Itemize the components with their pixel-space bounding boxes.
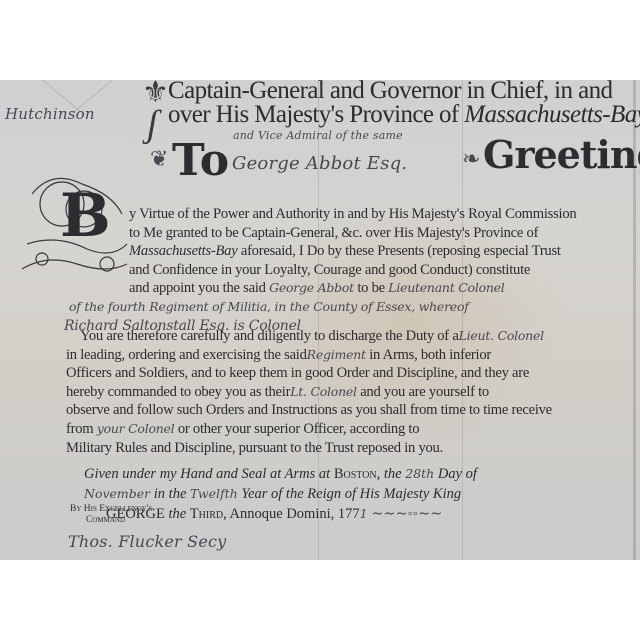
- body-text: aforesaid, I Do by these Presents (repos…: [241, 243, 561, 259]
- body-line: in leading, ordering and exercising the …: [66, 346, 552, 365]
- regnal-year-handwritten: Twelfth: [190, 486, 238, 501]
- commission-document: Hutchinson ⚜ ʃ Captain-General and Gover…: [0, 80, 640, 560]
- body-line: hereby commanded to obey you as theirLt.…: [66, 383, 552, 402]
- body-line: You are therefore carefully and diligent…: [80, 327, 552, 346]
- flourish-icon: ❧: [462, 146, 480, 172]
- body-text: and you are yourself to: [360, 384, 489, 400]
- body-line: y Virtue of the Power and Authority in a…: [129, 205, 576, 224]
- command-line-2: Command: [86, 515, 152, 526]
- regiment-handwritten: Regiment: [307, 347, 366, 362]
- year-handwritten: 1: [360, 506, 368, 521]
- body-line: from your Colonel or other your superior…: [66, 420, 552, 439]
- body-line: Officers and Soldiers, and to keep them …: [66, 364, 552, 383]
- regiment-handwritten: of the fourth Regiment of Militia, in th…: [69, 298, 576, 317]
- given-text: , the: [377, 466, 402, 482]
- secretary-signature: Thos. Flucker Secy: [68, 532, 226, 551]
- province-name: Massachusetts-Bay: [129, 243, 237, 259]
- body-text: hereby commanded to obey you as their: [66, 384, 290, 400]
- salutation-to: To: [172, 135, 229, 186]
- body-text: to be: [357, 280, 385, 296]
- superior-handwritten: your Colonel: [97, 421, 175, 436]
- ornamental-drop-cap-b-icon: B: [22, 164, 130, 284]
- body-paragraph-duties: You are therefore carefully and diligent…: [66, 327, 552, 457]
- city: Boston: [334, 466, 377, 482]
- body-text: from: [66, 421, 93, 437]
- province-name: Massachusetts-Bay: [464, 101, 640, 128]
- body-text: in leading, ordering and exercising the …: [66, 347, 307, 363]
- by-command-block: By His Excellency's Command: [70, 504, 152, 526]
- body-line: Military Rules and Discipline, pursuant …: [66, 439, 552, 458]
- body-line: and Confidence in your Loyalty, Courage …: [129, 261, 576, 280]
- flourish-icon: ∼∼∼◦◦∼∼: [368, 506, 443, 522]
- given-line-1: Given under my Hand and Seal at Arms at …: [84, 464, 477, 484]
- header-title-line-2: over His Majesty's Province of Massachus…: [168, 102, 640, 128]
- command-line-1: By His Excellency's: [70, 504, 152, 515]
- given-text: Year of the Reign of His Majesty King: [238, 486, 461, 502]
- given-line-2: November in the Twelfth Year of the Reig…: [84, 484, 477, 504]
- given-text: , Annoque Domini, 177: [223, 506, 360, 522]
- given-line-3: GEORGE the Third, Annoque Domini, 1771 ∼…: [106, 504, 477, 524]
- body-line: Massachusetts-Bay aforesaid, I Do by the…: [129, 242, 576, 261]
- given-text: Day of: [438, 466, 477, 482]
- drop-cap-letter: B: [60, 181, 111, 251]
- body-text: and appoint you the said: [129, 280, 266, 296]
- their-rank-handwritten: Lt. Colonel: [290, 384, 357, 399]
- body-line: observe and follow such Orders and Instr…: [66, 401, 552, 420]
- body-paragraph-authority: y Virtue of the Power and Authority in a…: [129, 205, 576, 335]
- body-line: to Me granted to be Captain-General, &c.…: [129, 224, 576, 243]
- appointee-handwritten: George Abbot: [269, 280, 354, 295]
- governor-margin-signature: Hutchinson: [5, 105, 95, 123]
- body-text: You are therefore carefully and diligent…: [80, 328, 459, 344]
- day-handwritten: 28th: [405, 466, 434, 481]
- rank-handwritten: Lieutenant Colonel: [388, 280, 504, 295]
- header-prefix: over His Majesty's Province of: [168, 101, 464, 128]
- vice-admiral-handwritten: and Vice Admiral of the same: [233, 129, 403, 142]
- body-text: in Arms, both inferior: [369, 347, 491, 363]
- duty-rank-handwritten: Lieut. Colonel: [459, 328, 544, 343]
- scroll-flourish-icon: ʃ: [147, 102, 158, 146]
- given-text: Given under my Hand and Seal at Arms at: [84, 466, 334, 482]
- salutation-greeting: Greeting.: [483, 132, 640, 177]
- month-handwritten: November: [84, 486, 150, 501]
- flourish-icon: ❦: [150, 146, 168, 172]
- recipient-handwritten: George Abbot Esq.: [232, 153, 407, 174]
- given-text: in the: [150, 486, 190, 502]
- body-line: and appoint you the said George Abbot to…: [129, 279, 576, 298]
- body-text: or other your superior Officer, accordin…: [178, 421, 419, 437]
- regnal-number: Third: [190, 506, 223, 522]
- given-text: the: [165, 506, 190, 522]
